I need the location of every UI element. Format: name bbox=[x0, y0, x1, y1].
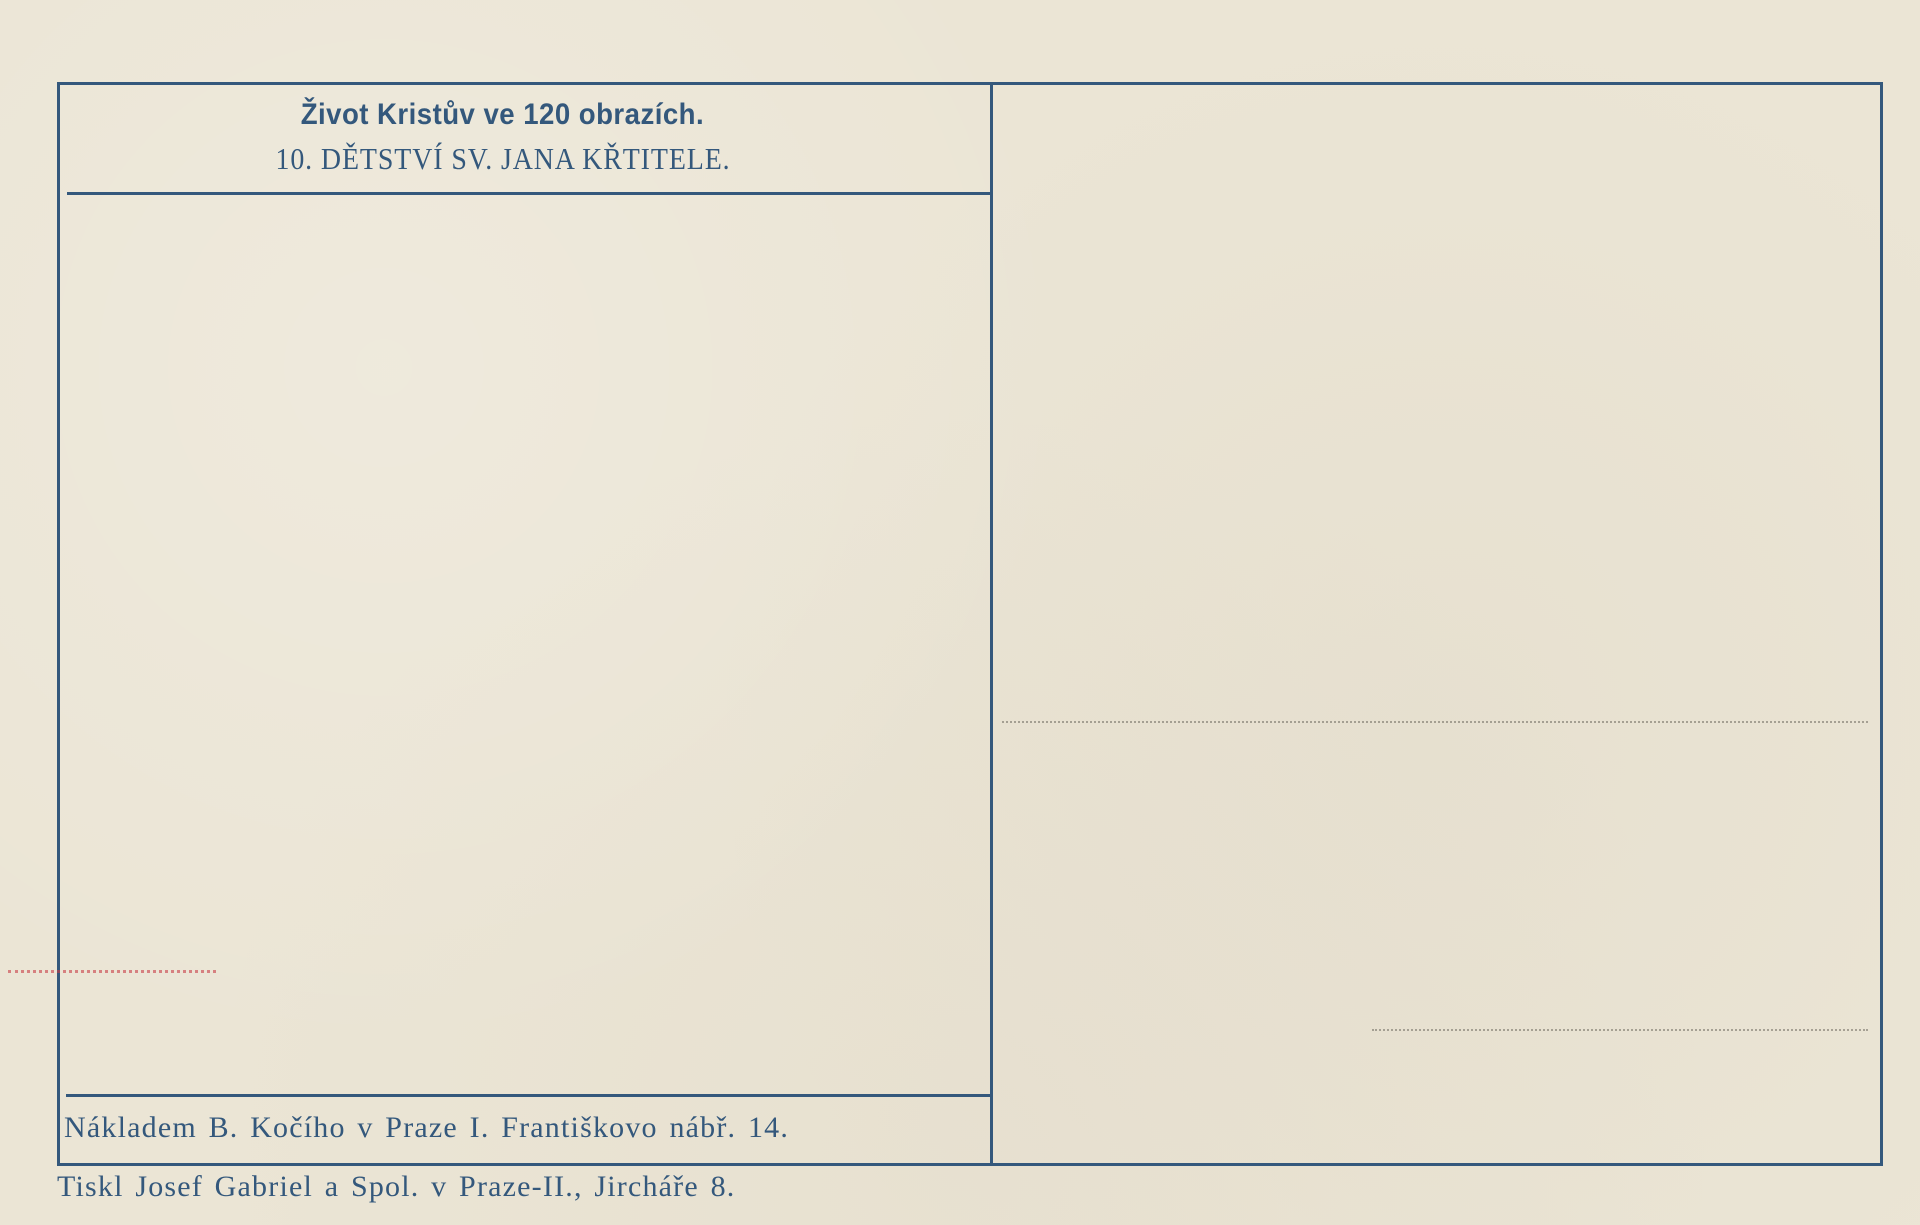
frame-right-border bbox=[1880, 82, 1883, 1166]
address-panel bbox=[993, 85, 1880, 1163]
message-panel bbox=[60, 85, 990, 1163]
header-rule bbox=[67, 192, 990, 195]
address-line-2 bbox=[1372, 1029, 1868, 1031]
frame-bottom-border bbox=[58, 1163, 1883, 1166]
publisher-line: Nákladem B. Kočího v Praze I. Františkov… bbox=[64, 1113, 789, 1143]
series-title: Život Kristův ve 120 obrazích. bbox=[42, 100, 962, 130]
card-subtitle: 10. DĚTSTVÍ SV. JANA KŘTITELE. bbox=[53, 143, 953, 174]
address-line-1 bbox=[1002, 721, 1868, 723]
footer-rule bbox=[66, 1094, 990, 1097]
red-ink-mark bbox=[8, 970, 216, 973]
printer-line: Tiskl Josef Gabriel a Spol. v Praze-II.,… bbox=[57, 1172, 736, 1202]
